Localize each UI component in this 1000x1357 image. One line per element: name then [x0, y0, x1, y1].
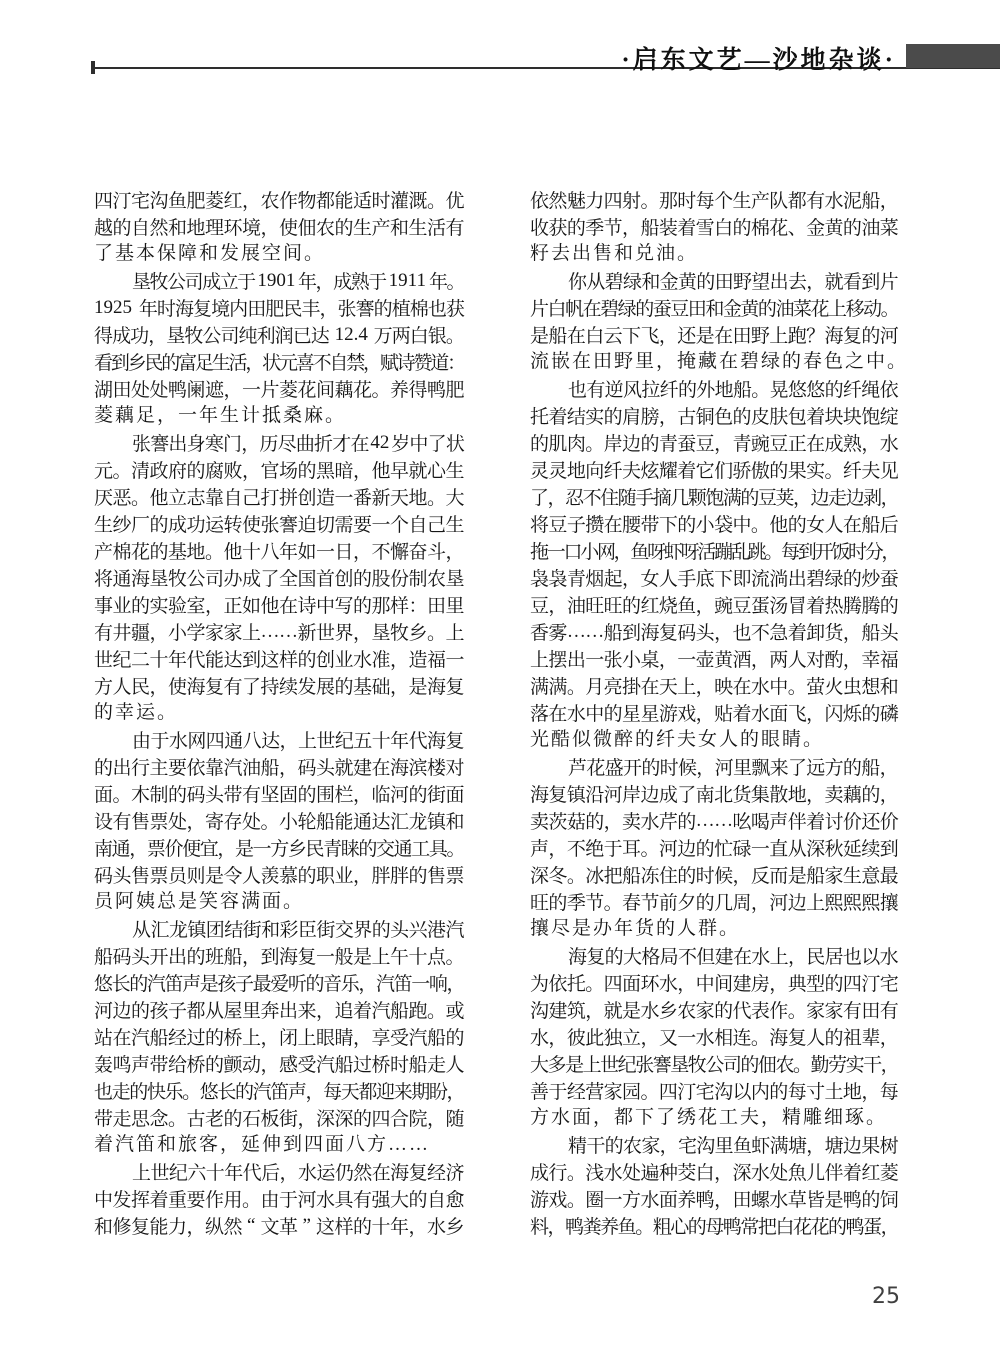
text-line: 上世纪六十年代后，水运仍然在海复经济: [94, 1158, 464, 1185]
text-line: 河边的孩子都从屋里奔出来，追着汽船跑。或: [94, 996, 464, 1023]
text-line: 元。清政府的腐败，官场的黑暗，他早就心生: [94, 456, 464, 483]
text-line: 轰鸣声带给桥的颤动，感受汽船过桥时船走人: [94, 1050, 464, 1077]
text-line: 由于水网四通八达，上世纪五十年代海复: [94, 726, 464, 753]
text-line: 员阿姨总是笑容满面。: [94, 888, 464, 915]
text-line: 方水面，都下了绣花工夫，精雕细琢。: [530, 1104, 898, 1131]
text-line: 了，忍不住随手摘几颗饱满的豆荚，边走边剥，: [530, 483, 898, 510]
text-line: 你从碧绿和金黄的田野望出去，就看到片: [530, 267, 898, 294]
text-line: 悠长的汽笛声是孩子最爱听的音乐，汽笛一响，: [94, 969, 464, 996]
text-line: 码头售票员则是令人羡慕的职业，胖胖的售票: [94, 861, 464, 888]
text-line: 精干的农家，宅沟里鱼虾满塘，塘边果树: [530, 1131, 898, 1158]
text-line: 的出行主要依靠汽油船，码头就建在海滨楼对: [94, 753, 464, 780]
text-line: 旺的季节。春节前夕的几周，河边上熙熙熙攘: [530, 888, 898, 915]
text-line: 海复镇沿河岸边成了南北货集散地，卖藕的，: [530, 780, 898, 807]
text-line: 事业的实验室，正如他在诗中写的那样：田里: [94, 591, 464, 618]
text-line: 光酷似微醉的纤夫女人的眼睛。: [530, 726, 898, 753]
paragraph-indent: [530, 280, 568, 281]
text-line: 大多是上世纪张謇垦牧公司的佃农。勤劳实干，: [530, 1050, 898, 1077]
text-line: 将通海垦牧公司办成了全国首创的股份制农垦: [94, 564, 464, 591]
paragraph-indent: [94, 442, 132, 443]
text-line: 了基本保障和发展空间。: [94, 240, 464, 267]
text-line: 看到乡民的富足生活，状元喜不自禁，赋诗赞道：: [94, 348, 464, 375]
text-line: 声，不绝于耳。河边的忙碌一直从深秋延续到: [530, 834, 898, 861]
paragraph-indent: [94, 928, 132, 929]
text-line: 产棉花的基地。他十八年如一日，不懈奋斗，: [94, 537, 464, 564]
text-line: 游戏。圈一方水面养鸭，田螺水草皆是鸭的饲: [530, 1185, 898, 1212]
text-line: 成行。浅水处遍种茭白，深水处魚儿伴着红菱: [530, 1158, 898, 1185]
text-line: 善于经营家园。四汀宅沟以内的每寸土地，每: [530, 1077, 898, 1104]
text-line: 落在水中的星星游戏，贴着水面飞，闪烁的磷: [530, 699, 898, 726]
text-line: 将豆子攒在腰带下的小袋中。他的女人在船后: [530, 510, 898, 537]
text-line: 也走的快乐。悠长的汽笛声，每天都迎来期盼，: [94, 1077, 464, 1104]
text-line: 中发挥着重要作用。由于河水具有强大的自愈: [94, 1185, 464, 1212]
text-line: 籽去出售和兑油。: [530, 240, 898, 267]
text-line: 站在汽船经过的桥上，闭上眼睛，享受汽船的: [94, 1023, 464, 1050]
text-line: 水，彼此独立，又一水相连。海复人的祖辈，: [530, 1023, 898, 1050]
right-column: 依然魅力四射。那时每个生产队都有水泥船，收获的季节，船装着雪白的棉花、金黄的油菜…: [530, 186, 898, 1239]
paragraph-indent: [94, 280, 132, 281]
paragraph-indent: [94, 739, 132, 740]
paragraph-indent: [530, 955, 568, 956]
text-line: 依然魅力四射。那时每个生产队都有水泥船，: [530, 186, 898, 213]
text-line: 满满。月亮掛在天上，映在水中。萤火虫想和: [530, 672, 898, 699]
left-column: 四汀宅沟鱼肥菱红，农作物都能适时灌溉。优越的自然和地理环境，使佃农的生产和生活有…: [94, 186, 464, 1239]
text-line: 湖田处处鸭阑遮，一片菱花间藕花。养得鸭肥: [94, 375, 464, 402]
text-line: 流嵌在田野里，掩藏在碧绿的春色之中。: [530, 348, 898, 375]
text-line: 南通，票价便宜，是一方乡民青睐的交通工具。: [94, 834, 464, 861]
text-line: 四汀宅沟鱼肥菱红，农作物都能适时灌溉。优: [94, 186, 464, 213]
text-line: 设有售票处，寄存处。小轮船能通达汇龙镇和: [94, 807, 464, 834]
text-line: 海复的大格局不但建在水上，民居也以水: [530, 942, 898, 969]
text-line: 是船在白云下飞，还是在田野上跑？海复的河: [530, 321, 898, 348]
text-line: 方人民，使海复有了持续发展的基础，是海复: [94, 672, 464, 699]
text-line: 沟建筑，就是水乡农家的代表作。家家有田有: [530, 996, 898, 1023]
text-line: 的肌肉。岸边的青蚕豆，青豌豆正在成熟，水: [530, 429, 898, 456]
text-line: 卖茨菇的，卖水芹的……吆喝声伴着讨价还价: [530, 807, 898, 834]
text-line: 攘尽是办年货的人群。: [530, 915, 898, 942]
text-line: 豆，油旺旺的红烧鱼，豌豆蛋汤冒着热腾腾的: [530, 591, 898, 618]
text-line: 拖一口小网，鱼呀虾呀活蹦乱跳。每到开饭时分，: [530, 537, 898, 564]
header-corner-block: [906, 44, 1000, 68]
text-line: 张謇出身寒门，历尽曲折才在42岁中了状: [94, 429, 464, 456]
text-line: 托着结实的肩膀，古铜色的皮肤包着块块饱绽: [530, 402, 898, 429]
text-line: 袅袅青烟起，女人手底下即流淌出碧绿的炒蚕: [530, 564, 898, 591]
text-line: 厌恶。他立志靠自己打拼创造一番新天地。大: [94, 483, 464, 510]
text-line: 船码头开出的班船，到海复一般是上午十点。: [94, 942, 464, 969]
text-line: 着汽笛和旅客，延伸到四面八方……: [94, 1131, 464, 1158]
text-line: 带走思念。古老的石板街，深深的四合院，随: [94, 1104, 464, 1131]
text-line: 收获的季节，船装着雪白的棉花、金黄的油菜: [530, 213, 898, 240]
text-line: 有井疆，小学家家上……新世界，垦牧乡。上: [94, 618, 464, 645]
text-line: 芦花盛开的时候，河里飘来了远方的船，: [530, 753, 898, 780]
text-line: 得成功，垦牧公司纯利润已达12.4万两白银。: [94, 321, 464, 348]
text-line: 从汇龙镇团结街和彩臣街交界的头兴港汽: [94, 915, 464, 942]
text-line: 世纪二十年代能达到这样的创业水准，造福一: [94, 645, 464, 672]
text-line: 越的自然和地理环境，使佃农的生产和生活有: [94, 213, 464, 240]
text-line: 料，鸭粪养鱼。粗心的母鸭常把白花花的鸭蛋，: [530, 1212, 898, 1239]
paragraph-indent: [530, 388, 568, 389]
text-line: 片白帆在碧绿的蚕豆田和金黄的油菜花上移动。: [530, 294, 898, 321]
paragraph-indent: [530, 1144, 568, 1145]
page-number: 25: [870, 1284, 902, 1309]
text-line: 灵灵地向纤夫炫耀着它们骄傲的果实。纤夫见: [530, 456, 898, 483]
magazine-page: ·启东文艺—沙地杂谈· 四汀宅沟鱼肥菱红，农作物都能适时灌溉。优越的自然和地理环…: [0, 0, 1000, 1357]
text-line: 面。木制的码头带有坚固的围栏，临河的街面: [94, 780, 464, 807]
text-line: 和修复能力，纵然“文革”这样的十年，水乡: [94, 1212, 464, 1239]
text-line: 生纱厂的成功运转使张謇迫切需要一个自己生: [94, 510, 464, 537]
text-line: 1925年时海复境内田肥民丰，张謇的植棉也获: [94, 294, 464, 321]
text-line: 上摆出一张小桌，一壶黄酒，两人对酌，幸福: [530, 645, 898, 672]
text-line: 香雾……船到海复码头，也不急着卸货，船头: [530, 618, 898, 645]
paragraph-indent: [530, 766, 568, 767]
text-line: 的幸运。: [94, 699, 464, 726]
text-line: 为依托。四面环水，中间建房，典型的四汀宅: [530, 969, 898, 996]
page-header-title: ·启东文艺—沙地杂谈·: [621, 40, 896, 76]
text-line: 菱藕足，一年生计抵桑麻。: [94, 402, 464, 429]
text-line: 垦牧公司成立于1901年，成熟于1911年。: [94, 267, 464, 294]
text-line: 深冬。冰把船冻住的时候，反而是船家生意最: [530, 861, 898, 888]
text-line: 也有逆风拉纤的外地船。晃悠悠的纤绳依: [530, 375, 898, 402]
paragraph-indent: [94, 1171, 132, 1172]
